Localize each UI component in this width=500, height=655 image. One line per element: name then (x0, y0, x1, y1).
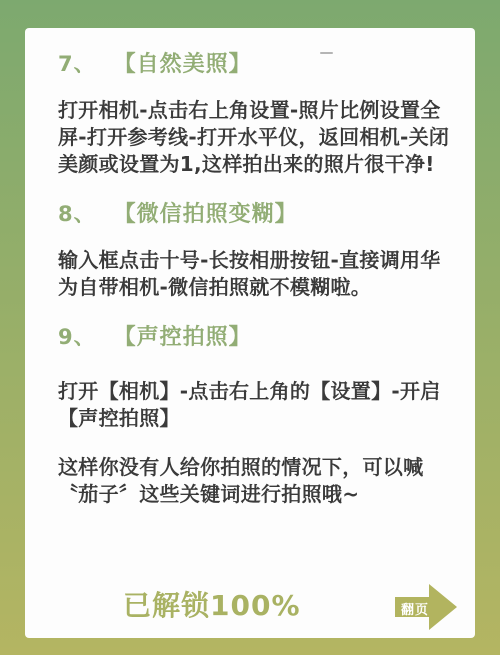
section-7-title: 【自然美照】 (114, 51, 252, 79)
section-9-title: 【声控拍照】 (114, 324, 252, 352)
section-8-title: 【微信拍照变糊】 (114, 201, 298, 229)
section-9-header: 9、 【声控拍照】 (58, 323, 457, 352)
unlock-progress-label: 已解锁100% (123, 584, 301, 624)
section-7-header: 7、 【自然美照】 (58, 50, 457, 79)
tips-content: 7、 【自然美照】 打开相机-点击右上角设置-照片比例设置全屏-打开参考线-打开… (25, 28, 475, 508)
section-7-number: 7、 (58, 50, 96, 78)
next-page-button[interactable]: 翻页 (395, 584, 457, 630)
next-page-label: 翻页 (399, 599, 431, 618)
section-8-paragraph: 输入框点击十号-长按相册按钮-直接调用华为自带相机-微信拍照就不模糊啦。 (58, 247, 458, 301)
tips-card: 7、 【自然美照】 打开相机-点击右上角设置-照片比例设置全屏-打开参考线-打开… (25, 28, 475, 638)
section-9-paragraph-2: 这样你没有人给你拍照的情况下，可以喊〝茄子〞这些关键词进行拍照哦~ (58, 454, 458, 508)
section-7-paragraph: 打开相机-点击右上角设置-照片比例设置全屏-打开参考线-打开水平仪，返回相机-关… (58, 97, 458, 178)
section-9-number: 9、 (58, 323, 96, 351)
section-9-paragraph-1: 打开【相机】-点击右上角的【设置】-开启【声控拍照】 (58, 378, 458, 432)
section-8-number: 8、 (58, 200, 96, 228)
section-8-header: 8、 【微信拍照变糊】 (58, 200, 457, 229)
